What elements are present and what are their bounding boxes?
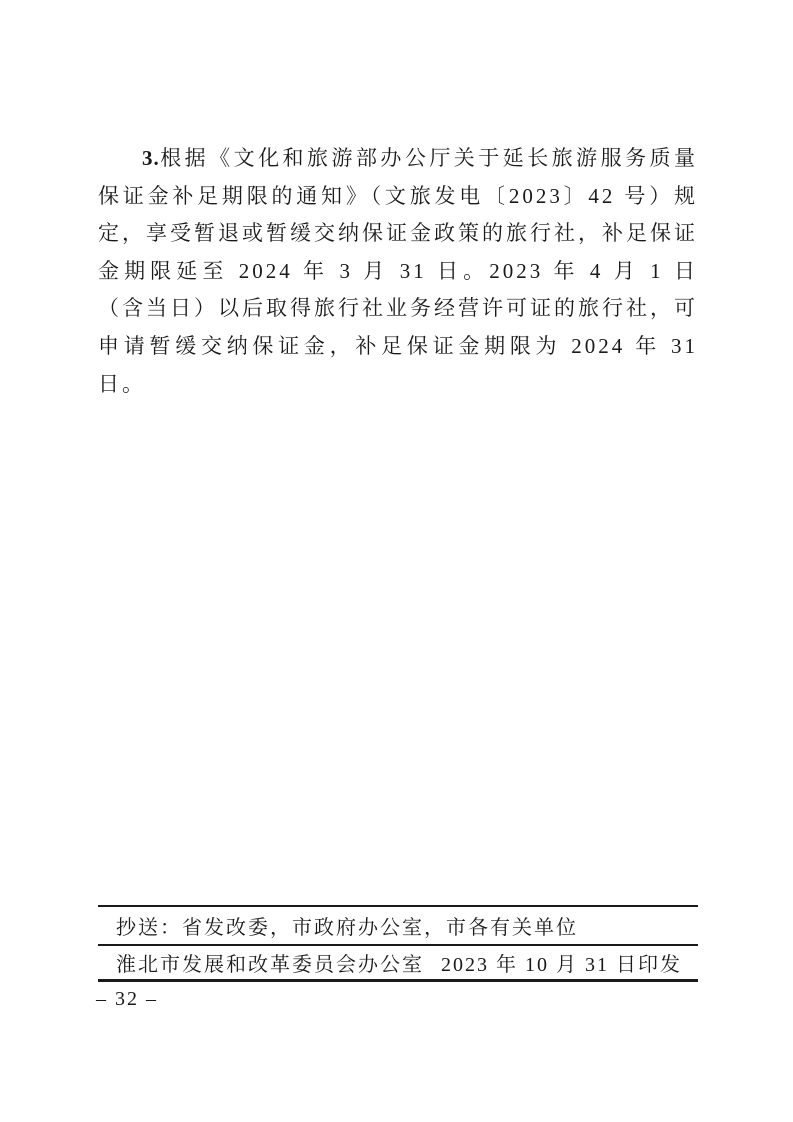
paragraph-number: 3. [142, 146, 160, 170]
imprint-row: 淮北市发展和改革委员会办公室 2023 年 10 月 31 日印发 [98, 946, 698, 979]
paragraph-text: 根据《文化和旅游部办公厅关于延长旅游服务质量保证金补足期限的通知》（文旅发电〔2… [98, 146, 698, 396]
document-page: 3.根据《文化和旅游部办公厅关于延长旅游服务质量保证金补足期限的通知》（文旅发电… [0, 0, 793, 1122]
page-number: – 32 – [96, 988, 158, 1011]
footer-bottom-rule [98, 979, 698, 982]
print-date: 2023 年 10 月 31 日印发 [441, 948, 682, 977]
body-paragraph: 3.根据《文化和旅游部办公厅关于延长旅游服务质量保证金补足期限的通知》（文旅发电… [98, 140, 698, 403]
cc-line: 抄送：省发改委，市政府办公室，市各有关单位 [116, 911, 578, 940]
cc-row: 抄送：省发改委，市政府办公室，市各有关单位 [98, 907, 698, 944]
issuing-office: 淮北市发展和改革委员会办公室 [116, 948, 424, 977]
document-body: 3.根据《文化和旅游部办公厅关于延长旅游服务质量保证金补足期限的通知》（文旅发电… [98, 140, 698, 403]
